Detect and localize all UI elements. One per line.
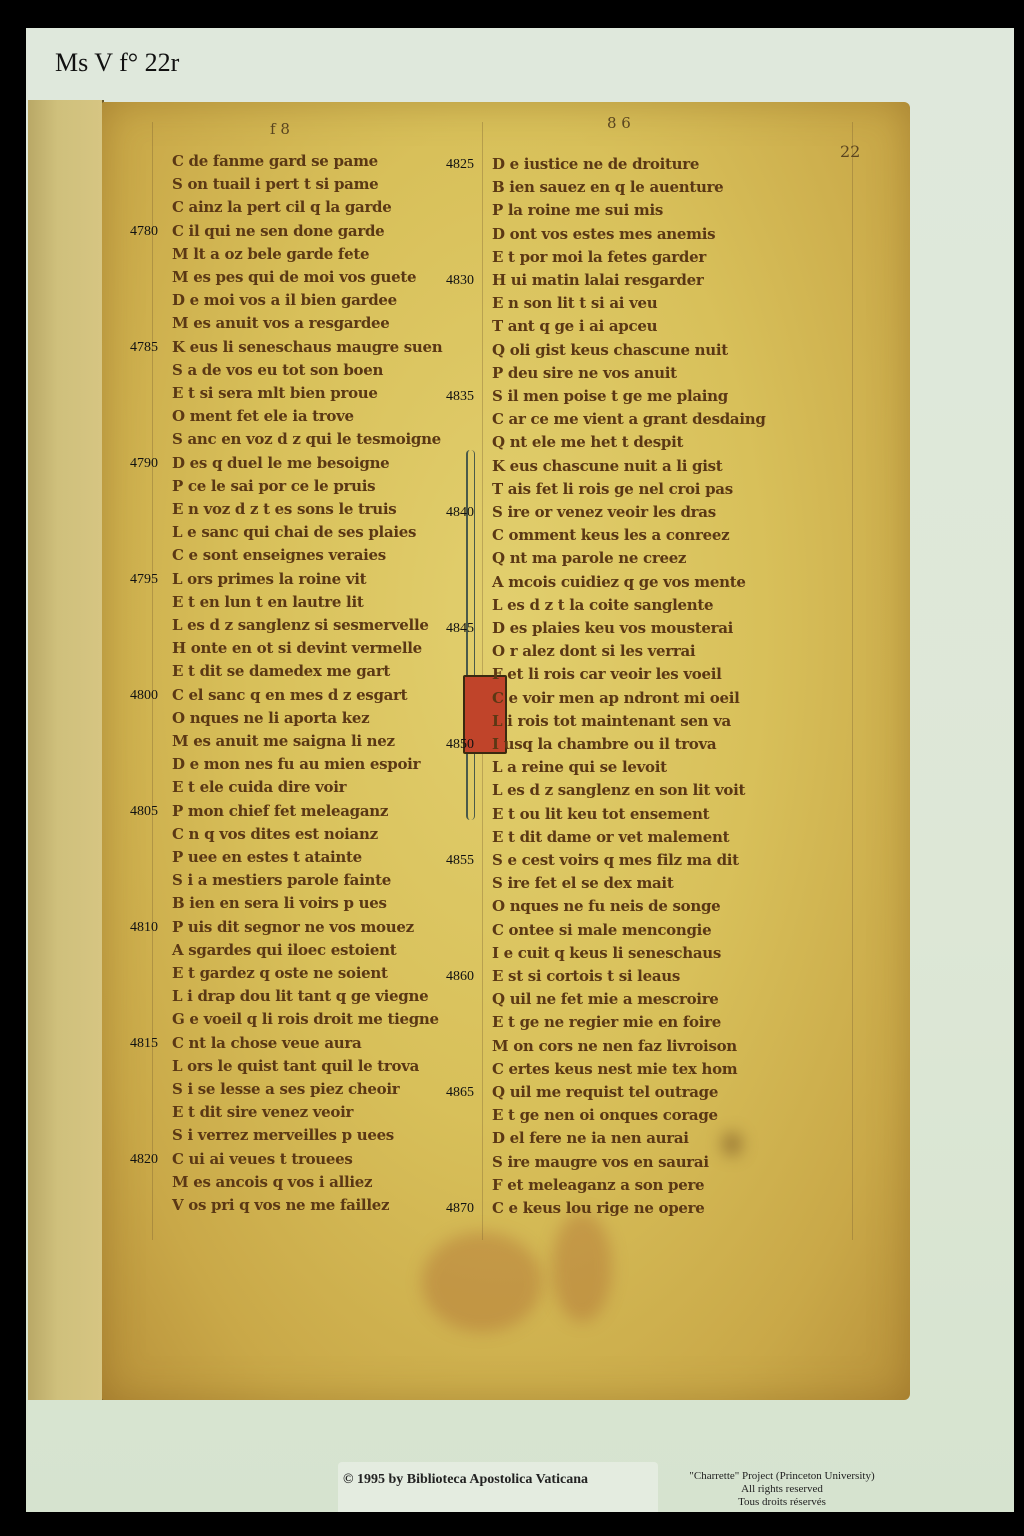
verse-line: M on cors ne nen faz livroison	[492, 1037, 737, 1060]
verse-line: A mcois cuidiez q ge vos mente	[492, 573, 746, 596]
verse-line: O nques ne fu neis de songe	[492, 897, 720, 920]
verse-line: E t dit dame or vet malement	[492, 828, 729, 851]
verse-line: Q uil me requist tel outrage	[492, 1083, 718, 1106]
line-number: 4840	[428, 505, 474, 521]
folio-page-number: 22	[840, 142, 860, 161]
verse-line: F et meleaganz a son pere	[492, 1176, 704, 1199]
verse-line: S anc en voz d z qui le tesmoigne	[172, 430, 441, 453]
verse-line: C e keus lou rige ne opere	[492, 1199, 704, 1222]
rights-reserved-fr: Tous droits réservés	[662, 1496, 902, 1509]
verse-line: L a reine qui se levoit	[492, 758, 667, 781]
verse-line: S a de vos eu tot son boen	[172, 361, 383, 384]
verse-line: C omment keus les a conreez	[492, 526, 729, 549]
line-number: 4790	[112, 456, 158, 472]
line-number: 4810	[112, 920, 158, 936]
line-number: 4815	[112, 1036, 158, 1052]
verse-line: C il qui ne sen done garde	[172, 222, 384, 245]
verse-line: S ire or venez veoir les dras	[492, 503, 716, 526]
verse-line: K eus chascune nuit a li gist	[492, 457, 722, 480]
line-number: 4865	[428, 1085, 474, 1101]
verse-line: M es anuit vos a resgardee	[172, 314, 390, 337]
verse-line: P ce le sai por ce le pruis	[172, 477, 375, 500]
rights-reserved-en: All rights reserved	[662, 1483, 902, 1496]
folio-mark-right: 8 6	[607, 114, 631, 132]
verse-line: C n q vos dites est noianz	[172, 825, 378, 848]
line-number: 4855	[428, 853, 474, 869]
verse-line: E t ou lit keu tot ensement	[492, 805, 709, 828]
verse-line: E t si sera mlt bien proue	[172, 384, 378, 407]
verse-line: M es anuit me saigna li nez	[172, 732, 395, 755]
verse-line: A sgardes qui iloec estoient	[172, 941, 396, 964]
verse-line: E t dit se damedex me gart	[172, 662, 390, 685]
verse-line: Q uil ne fet mie a mescroire	[492, 990, 719, 1013]
verse-line: P la roine me sui mis	[492, 201, 663, 224]
verse-line: D e moi vos a il bien gardee	[172, 291, 397, 314]
verse-line: C ui ai veues t trouees	[172, 1150, 353, 1173]
verse-line: S il men poise t ge me plaing	[492, 387, 728, 410]
verse-line: Q nt ma parole ne creez	[492, 549, 686, 572]
verse-line: E n voz d z t es sons le truis	[172, 500, 396, 523]
verse-line: D e iustice ne de droiture	[492, 155, 699, 178]
verse-line: B ien sauez en q le auenture	[492, 178, 723, 201]
previous-leaf-edge	[28, 100, 104, 1400]
verse-line: T ant q ge i ai apceu	[492, 317, 657, 340]
line-number: 4785	[112, 340, 158, 356]
verse-line: C de fanme gard se pame	[172, 152, 378, 175]
verse-line: S i a mestiers parole fainte	[172, 871, 391, 894]
line-number: 4805	[112, 804, 158, 820]
line-number: 4870	[428, 1201, 474, 1217]
verse-line: O ment fet ele ia trove	[172, 407, 354, 430]
verse-line: E t ge ne regier mie en foire	[492, 1013, 721, 1036]
verse-line: K eus li seneschaus maugre suen	[172, 338, 442, 361]
verse-line: B ien en sera li voirs p ues	[172, 894, 387, 917]
verse-line: L es d z sanglenz en son lit voit	[492, 781, 745, 804]
verse-line: O nques ne li aporta kez	[172, 709, 369, 732]
verse-line: L es d z sanglenz si sesmervelle	[172, 616, 429, 639]
verse-line: S ire maugre vos en saurai	[492, 1153, 709, 1176]
verse-line: L ors le quist tant quil le trova	[172, 1057, 419, 1080]
line-number: 4860	[428, 969, 474, 985]
verse-line: Q nt ele me het t despit	[492, 433, 683, 456]
line-number: 4800	[112, 688, 158, 704]
verse-line: L ors primes la roine vit	[172, 570, 366, 593]
verse-line: D es q duel le me besoigne	[172, 454, 389, 477]
stain	[722, 1132, 742, 1156]
line-number: 4795	[112, 572, 158, 588]
line-number: 4780	[112, 224, 158, 240]
verse-line: Q oli gist keus chascune nuit	[492, 341, 728, 364]
line-number: 4830	[428, 273, 474, 289]
verse-line: L i drap dou lit tant q ge viegne	[172, 987, 428, 1010]
line-number: 4820	[112, 1152, 158, 1168]
verse-line: M es pes qui de moi vos guete	[172, 268, 416, 291]
verse-line: E t por moi la fetes garder	[492, 248, 706, 271]
line-number: 4835	[428, 389, 474, 405]
verse-line: C nt la chose veue aura	[172, 1034, 361, 1057]
verse-line: E st si cortois t si leaus	[492, 967, 680, 990]
verse-line: P deu sire ne vos anuit	[492, 364, 677, 387]
verse-line: S e cest voirs q mes filz ma dit	[492, 851, 739, 874]
verse-line: M lt a oz bele garde fete	[172, 245, 369, 268]
line-number: 4845	[428, 621, 474, 637]
verse-line: D e mon nes fu au mien espoir	[172, 755, 420, 778]
verse-line: L e sanc qui chai de ses plaies	[172, 523, 416, 546]
verse-line: L es d z t la coite sanglente	[492, 596, 713, 619]
verse-line: C ontee si male mencongie	[492, 921, 711, 944]
verse-line: C e sont enseignes veraies	[172, 546, 386, 569]
line-number: 4850	[428, 737, 474, 753]
verse-line: C ertes keus nest mie tex hom	[492, 1060, 737, 1083]
verse-line: D es plaies keu vos mousterai	[492, 619, 733, 642]
verse-line: E t ge nen oi onques corage	[492, 1106, 718, 1129]
folio-mark-left: f 8	[270, 120, 290, 138]
verse-line: F et li rois car veoir les voeil	[492, 665, 722, 688]
verse-line: D el fere ne ia nen aurai	[492, 1129, 689, 1152]
verse-line: E t en lun t en lautre lit	[172, 593, 363, 616]
verse-line: T ais fet li rois ge nel croi pas	[492, 480, 733, 503]
verse-line: G e voeil q li rois droit me tiegne	[172, 1010, 439, 1033]
verse-line: H onte en ot si devint vermelle	[172, 639, 422, 662]
stain	[552, 1212, 612, 1322]
verse-line: D ont vos estes mes anemis	[492, 225, 715, 248]
verse-line: S i verrez merveilles p uees	[172, 1126, 394, 1149]
verse-line: S i se lesse a ses piez cheoir	[172, 1080, 399, 1103]
ruling-line	[852, 122, 853, 1240]
verse-line: E t gardez q oste ne soient	[172, 964, 388, 987]
line-number: 4825	[428, 157, 474, 173]
verse-line: E t ele cuida dire voir	[172, 778, 346, 801]
verse-line: M es ancois q vos i alliez	[172, 1173, 372, 1196]
verse-line: P uee en estes t atainte	[172, 848, 362, 871]
copyright-text: © 1995 by Biblioteca Apostolica Vaticana	[343, 1472, 588, 1488]
verse-line: I e cuit q keus li seneschaus	[492, 944, 721, 967]
verse-line: L i rois tot maintenant sen va	[492, 712, 731, 735]
verse-line: P uis dit segnor ne vos mouez	[172, 918, 414, 941]
verse-line: P mon chief fet meleaganz	[172, 802, 388, 825]
shelfmark-label: Ms V f° 22r	[55, 48, 179, 78]
verse-line: E t dit sire venez veoir	[172, 1103, 353, 1126]
stain	[422, 1232, 542, 1332]
verse-line: S ire fet el se dex mait	[492, 874, 673, 897]
ruling-line	[152, 122, 153, 1240]
verse-line: C ainz la pert cil q la garde	[172, 198, 392, 221]
credits-block: "Charrette" Project (Princeton Universit…	[662, 1470, 902, 1509]
verse-line: E n son lit t si ai veu	[492, 294, 657, 317]
verse-line: C e voir men ap ndront mi oeil	[492, 689, 740, 712]
verse-line: S on tuail i pert t si pame	[172, 175, 378, 198]
verse-line: I usq la chambre ou il trova	[492, 735, 716, 758]
verse-line: C ar ce me vient a grant desdaing	[492, 410, 766, 433]
verse-line: H ui matin lalai resgarder	[492, 271, 703, 294]
verse-line: C el sanc q en mes d z esgart	[172, 686, 407, 709]
verse-line: V os pri q vos ne me faillez	[172, 1196, 389, 1219]
project-credit: "Charrette" Project (Princeton Universit…	[662, 1470, 902, 1483]
verse-line: O r alez dont si les verrai	[492, 642, 695, 665]
